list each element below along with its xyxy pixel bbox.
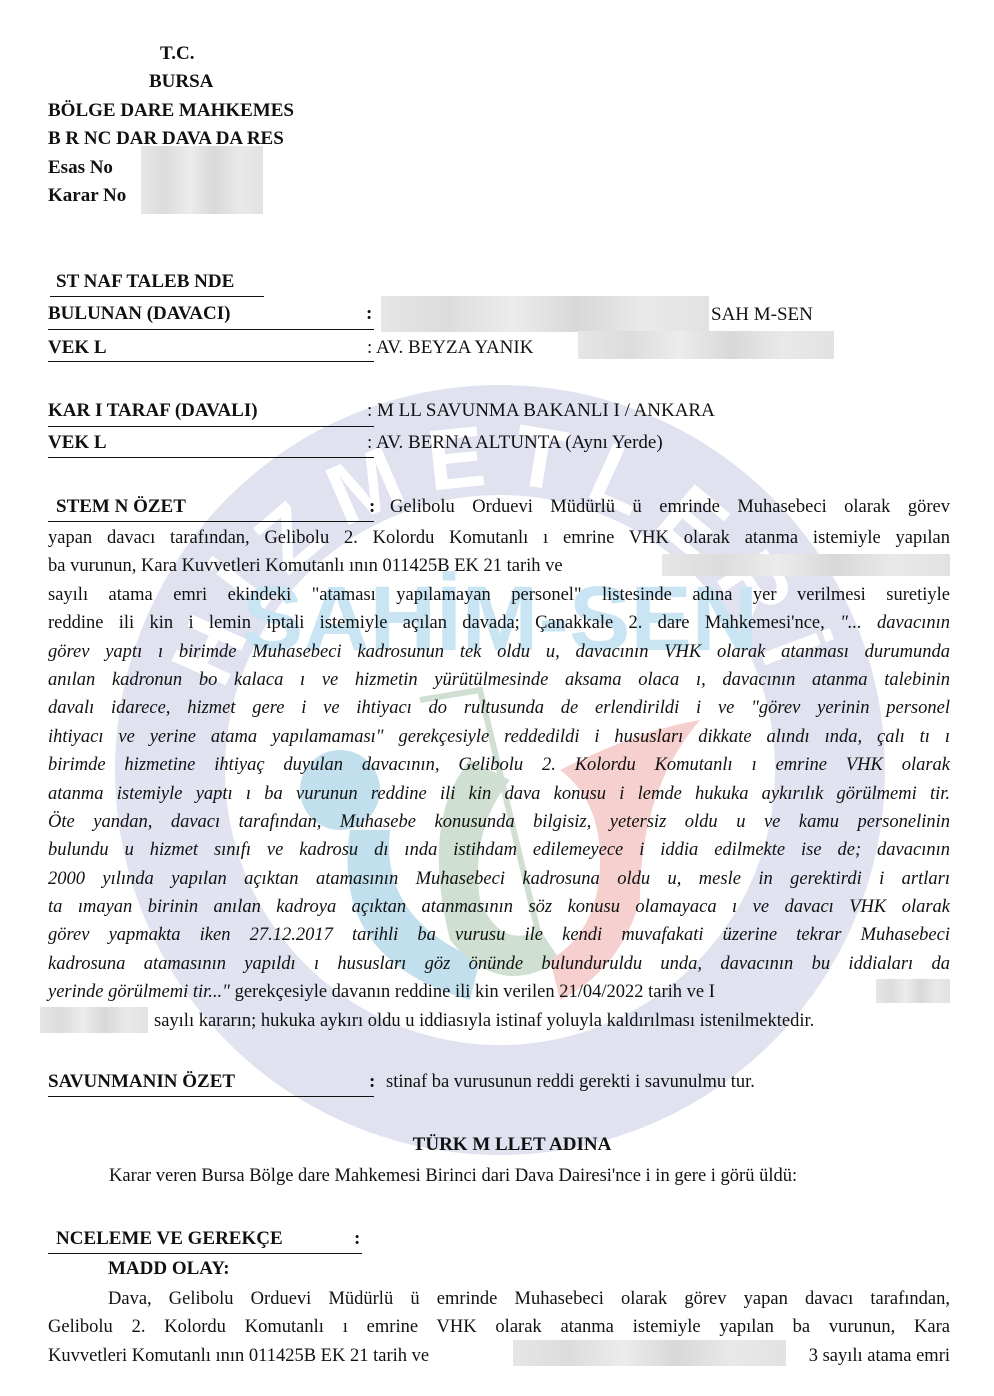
document-page: HİZMETLERİ 2016 SAHİM-SEN T.C. BURSA BÖL… [0,0,994,1396]
savunma-colon: : [369,1071,375,1093]
inceleme-line: Gelibolu 2. Kolordu Komutanlı ı emrine V… [48,1313,950,1341]
istem-line: Öte yandan, davacı tarafından, Muhasebe … [48,808,950,836]
istem-line: bulundu u hizmet sınıfı ve kadrosu dı ın… [48,836,950,864]
redacted-order-number-2 [513,1340,786,1366]
underline [48,1096,374,1097]
plaintiff-label: BULUNAN (DAVACI) [48,303,230,325]
defendant-value: : M LL SAVUNMA BAKANLI I / ANKARA [367,400,715,422]
header-tc: T.C. [160,40,194,68]
plaintiff-lawyer-label: VEK L [48,337,107,359]
header-court: BÖLGE DARE MAHKEMES [48,97,294,125]
underline [48,329,374,330]
plaintiff-colon: : [366,303,372,325]
istem-line: sayılı atama emri ekindeki "ataması yapı… [48,581,950,609]
redacted-plaintiff-name [381,296,709,332]
decision-intro: Karar veren Bursa Bölge dare Mahkemesi B… [109,1166,797,1187]
savunma-text: stinaf ba vurusunun reddi gerekti i savu… [386,1072,755,1093]
istem-line: reddine ili kin i lemin iptali istemiyle… [48,609,950,637]
savunma-ozeti-label: SAVUNMANIN ÖZET [48,1071,235,1093]
redacted-decision-number-2 [40,1007,148,1033]
defendant-lawyer-label: VEK L [48,432,107,454]
decision-title: TÜRK M LLET ADINA [0,1134,994,1156]
karar-no-label: Karar No [48,182,126,210]
istem-line: yerinde görülmemi tir..." gerekçesiyle d… [48,978,950,1006]
redacted-case-numbers [141,146,263,214]
istem-line: görev yapmakta iken 27.12.2017 tarihli b… [48,921,950,949]
underline [48,426,374,427]
istem-colon: : [369,496,375,518]
underline [48,1253,362,1254]
istem-line: davalı idarece, hizmet gere i ve ihtiyac… [48,694,950,722]
istem-line: yapan davacı tarafından, Gelibolu 2. Kol… [48,524,950,552]
defendant-label: KAR I TARAF (DAVALI) [48,400,258,422]
istem-body: yapan davacı tarafından, Gelibolu 2. Kol… [48,524,950,1035]
istinaf-section-title: ST NAF TALEB NDE [56,271,234,293]
inceleme-label: NCELEME VE GEREKÇE [56,1228,283,1250]
underline [50,296,264,297]
redacted-lawyer-info [578,331,834,359]
istem-line: ta ımayan birinin anılan kadroya açıktan… [48,893,950,921]
inceleme-line: Dava, Gelibolu Orduevi Müdürlü ü emrinde… [48,1285,950,1313]
redacted-order-number [662,554,950,576]
underline [48,521,374,522]
underline [48,457,374,458]
header-city: BURSA [149,68,213,96]
istem-line: sayılı kararın; hukuka aykırı oldu u idd… [48,1007,950,1035]
inceleme-colon: : [354,1228,360,1250]
istem-line: görev yaptı ı birimde Muhasebeci kadrosu… [48,638,950,666]
istem-line: ihtiyacı ve yerine atama yapılamaması" g… [48,723,950,751]
istem-line: kadrosuna atamasının yapıldı ı hususları… [48,950,950,978]
inceleme-body: Dava, Gelibolu Orduevi Müdürlü ü emrinde… [48,1285,950,1370]
istem-line-0: Gelibolu Orduevi Müdürlü ü emrinde Muhas… [390,497,950,518]
istem-line: 2000 yılında yapılan açıktan atamasının … [48,865,950,893]
underline [48,361,374,362]
istem-line: birimde hizmetine ihtiyaç duyulan davacı… [48,751,950,779]
istem-ozeti-label: STEM N ÖZET [56,496,186,518]
maddi-olay-heading: MADD OLAY: [108,1258,230,1280]
defendant-lawyer-value: : AV. BERNA ALTUNTA (Aynı Yerde) [367,432,663,454]
inceleme-line: Kuvvetleri Komutanlı ının 011425B EK 21 … [48,1342,950,1370]
plaintiff-lawyer-value: : AV. BEYZA YANIK [367,337,533,359]
redacted-decision-number [876,979,950,1003]
plaintiff-value: SAH M-SEN [711,304,813,326]
istem-line: atanma istemiyle yaptı ı ba vurunun redd… [48,780,950,808]
esas-no-label: Esas No [48,154,113,182]
istem-line: anılan kadronun bo kalaca ı ve hizmetin … [48,666,950,694]
